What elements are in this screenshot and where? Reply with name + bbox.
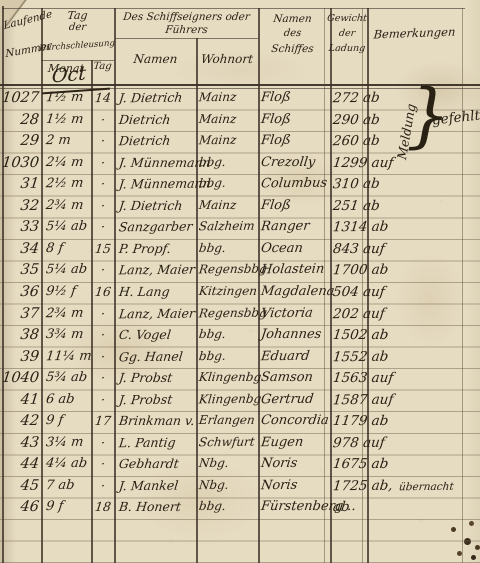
cell-owner-name: J. Probst — [118, 370, 173, 385]
cell-residence: Mainz — [198, 133, 237, 147]
cell-residence: Mainz — [198, 198, 237, 212]
cell-time: 9 f — [45, 499, 64, 514]
cell-weight: 504 auf — [332, 284, 386, 300]
cell-number: 45 — [0, 478, 40, 494]
cell-weight: 1587 auf — [332, 391, 394, 408]
cell-time: 6 ab — [45, 392, 75, 407]
cell-owner-name: Lanz, Maier — [118, 262, 196, 278]
table-row: 433¼ m·L. PantigSchwfurtEugen978 auf — [0, 433, 480, 455]
table-row: 3911¼ m·Gg. Hanelbbg.Eduard1552 ab — [0, 347, 480, 369]
cell-number: 43 — [0, 435, 40, 451]
cell-day: · — [91, 262, 115, 277]
cell-weight: 251 ab — [332, 198, 381, 214]
cell-number: 29 — [0, 133, 40, 149]
cell-remark: übernacht — [398, 481, 454, 494]
cell-day: · — [91, 155, 115, 170]
table-row: 372¾ m·Lanz, MaierRegensbbgVictoria202 a… — [0, 304, 480, 326]
table-row: 369½ f16H. LangKitzingenMagdalena504 auf — [0, 282, 480, 304]
cell-number: 1040 — [0, 370, 40, 386]
cell-time: 9½ f — [45, 284, 77, 299]
cell-weight: 1700 ab — [332, 262, 389, 279]
table-row: 383¾ m·C. Vogelbbg.Johannes1502 ab — [0, 325, 480, 347]
cell-ship-name: Magdalena — [260, 284, 335, 299]
cell-ship-name: Victoria — [260, 305, 314, 321]
cell-number: 41 — [0, 391, 40, 407]
cell-ship-name: Eduard — [260, 348, 310, 364]
cell-owner-name: C. Vogel — [118, 327, 172, 342]
cell-weight: 1552 ab — [332, 348, 389, 365]
cell-ship-name: Samson — [260, 370, 314, 385]
cell-time: 2 m — [45, 133, 71, 148]
cell-owner-name: J. Dietrich — [118, 90, 183, 106]
cell-owner-name: Dietrich — [118, 112, 171, 127]
cell-time: 4¼ ab — [45, 456, 88, 471]
table-row: 335¼ ab·SanzgarberSalzheimRanger1314 ab — [0, 217, 480, 239]
cell-day: 15 — [91, 241, 115, 256]
table-row: 322¾ m·J. DietrichMainzFloß251 ab — [0, 196, 480, 218]
cell-residence: bbg. — [198, 348, 226, 362]
cell-weight: 310 ab — [332, 176, 381, 192]
cell-owner-name: J. Probst — [118, 391, 173, 407]
cell-weight: 1314 ab — [332, 219, 389, 236]
cell-residence: Klingenbg — [198, 391, 262, 406]
cell-weight: 260 ab — [332, 133, 381, 149]
cell-time: 2½ m — [45, 176, 84, 191]
cell-owner-name: J. Dietrich — [118, 198, 183, 213]
cell-day: · — [91, 305, 115, 320]
cell-ship-name: Holastein — [260, 262, 325, 278]
cell-owner-name: J. Mankel — [118, 478, 179, 494]
cell-number: 33 — [0, 219, 40, 235]
cell-time: 1½ m — [45, 112, 84, 127]
cell-residence: Klingenbg — [198, 370, 262, 384]
cell-weight: 1299 auf — [332, 155, 394, 171]
cell-residence: Kitzingen — [198, 284, 258, 298]
cell-day: · — [91, 327, 115, 342]
cell-number: 1027 — [0, 90, 40, 106]
cell-day: 18 — [91, 499, 115, 514]
cell-owner-name: P. Propf. — [118, 241, 172, 256]
cell-owner-name: B. Honert — [118, 499, 182, 514]
cell-number: 34 — [0, 241, 40, 257]
cell-weight: 1502 ab — [332, 327, 389, 343]
cell-day: · — [91, 370, 115, 385]
cell-time: 9 f — [45, 413, 64, 428]
cell-day: · — [91, 456, 115, 471]
cell-number: 36 — [0, 284, 40, 300]
cell-ship-name: Floß — [260, 90, 291, 105]
cell-time: 3¾ m — [45, 327, 84, 342]
cell-number: 39 — [0, 348, 40, 364]
cell-day: · — [91, 392, 115, 407]
cell-number: 31 — [0, 176, 40, 192]
cell-number: 44 — [0, 456, 40, 472]
ledger-page: Laufende Nummer Tag der Durchschleusung … — [0, 0, 480, 563]
cell-time: 2¾ m — [45, 305, 84, 320]
cell-weight: 1725 ab, — [332, 478, 394, 495]
cell-owner-name: Gebhardt — [118, 456, 180, 471]
table-row: 457 ab·J. MankelNbg.Noris1725 ab,übernac… — [0, 476, 480, 498]
cell-owner-name: L. Pantig — [118, 435, 176, 451]
cell-residence: Mainz — [198, 90, 237, 104]
cell-residence: Nbg. — [198, 456, 229, 470]
table-row: 312½ m·J. Münnemannbbg.Columbus310 ab — [0, 174, 480, 196]
cell-residence: Mainz — [198, 112, 237, 126]
cell-ship-name: Noris — [260, 456, 298, 471]
cell-number: 38 — [0, 327, 40, 343]
cell-day: 17 — [91, 413, 115, 428]
table-row: 429 f17Brinkman v.ErlangenConcordia1179 … — [0, 411, 480, 433]
cell-residence: Salzheim — [198, 219, 255, 234]
cell-weight: 290 ab — [332, 112, 381, 128]
cell-ship-name: Gertrud — [260, 391, 314, 407]
cell-residence: Schwfurt — [198, 435, 255, 450]
cell-day: · — [91, 348, 115, 363]
cell-time: 5¼ ab — [45, 262, 88, 277]
cell-residence: Regensbbg — [198, 305, 268, 320]
cell-time: 2¼ m — [45, 155, 84, 170]
cell-owner-name: Gg. Hanel — [118, 348, 183, 364]
cell-ship-name: Concordia — [260, 413, 330, 428]
cell-residence: bbg. — [198, 327, 227, 341]
cell-time: 3¼ m — [45, 435, 84, 450]
cell-time: 1½ m — [45, 90, 84, 105]
cell-ship-name: Ocean — [260, 241, 304, 256]
cell-weight: 1179 ab — [332, 413, 389, 429]
cell-weight: 272 ab — [332, 90, 381, 106]
cell-weight: 843 auf — [332, 241, 386, 257]
cell-ship-name: Floß — [260, 198, 292, 213]
cell-weight: 202 auf — [332, 305, 386, 322]
table-row: 355¼ ab·Lanz, MaierRegensbbgHolastein170… — [0, 260, 480, 282]
cell-owner-name: Brinkman v. — [118, 413, 196, 428]
cell-ship-name: Noris — [260, 478, 298, 493]
cell-weight: 1563 auf — [332, 370, 394, 386]
cell-residence: bbg. — [198, 155, 227, 169]
cell-ship-name: Columbus — [260, 176, 328, 192]
cell-residence: Nbg. — [198, 478, 229, 492]
cell-time: 2¾ m — [45, 198, 84, 213]
cell-day: · — [91, 198, 115, 213]
table-row: 348 f15P. Propf.bbg.Ocean843 auf — [0, 239, 480, 261]
cell-ship-name: Floß — [260, 133, 291, 148]
cell-day: 16 — [91, 284, 115, 299]
cell-owner-name: Lanz, Maier — [118, 305, 196, 321]
cell-ship-name: Crezolly — [260, 155, 316, 170]
cell-number: 28 — [0, 112, 40, 128]
cell-day: · — [91, 112, 115, 127]
cell-ship-name: Ranger — [260, 219, 310, 235]
cell-residence: Erlangen — [198, 413, 255, 427]
cell-residence: bbg. — [198, 176, 226, 190]
table-row: 10405¾ ab·J. ProbstKlingenbgSamson1563 a… — [0, 368, 480, 390]
cell-number: 37 — [0, 305, 40, 321]
cell-time: 5¼ ab — [45, 219, 88, 234]
cell-weight: 1675 ab — [332, 456, 389, 472]
cell-day: 14 — [91, 90, 115, 105]
cell-day: · — [91, 478, 115, 493]
cell-number: 1030 — [0, 155, 40, 171]
cell-owner-name: Sanzgarber — [118, 219, 193, 235]
cell-day: · — [91, 176, 115, 191]
cell-time: 7 ab — [45, 478, 75, 493]
table-row: 469 f18B. Honertbbg.Fürstenberg ‥ab — [0, 497, 480, 519]
cell-number: 32 — [0, 198, 40, 214]
cell-residence: bbg. — [198, 241, 227, 255]
table-row: 444¼ ab·GebhardtNbg.Noris1675 ab — [0, 454, 480, 476]
cell-time: 5¾ ab — [45, 370, 88, 385]
cell-time: 8 f — [45, 241, 64, 256]
cell-time: 11¼ m — [45, 348, 92, 363]
cell-ship-name: Johannes — [260, 327, 322, 342]
cell-number: 35 — [0, 262, 40, 278]
cell-owner-name: Dietrich — [118, 133, 171, 149]
cell-ship-name: Eugen — [260, 435, 304, 450]
cell-number: 42 — [0, 413, 40, 429]
cell-day: · — [91, 133, 115, 148]
cell-weight: ab — [332, 499, 351, 515]
cell-owner-name: H. Lang — [118, 284, 170, 299]
table-row: 416 ab·J. ProbstKlingenbgGertrud1587 auf — [0, 390, 480, 412]
cell-number: 46 — [0, 499, 40, 515]
cell-day: · — [91, 435, 115, 450]
cell-residence: bbg. — [198, 499, 227, 513]
cell-day: · — [91, 219, 115, 234]
cell-weight: 978 auf — [332, 435, 386, 452]
cell-ship-name: Floß — [260, 112, 292, 127]
cell-residence: Regensbbg — [198, 262, 268, 277]
